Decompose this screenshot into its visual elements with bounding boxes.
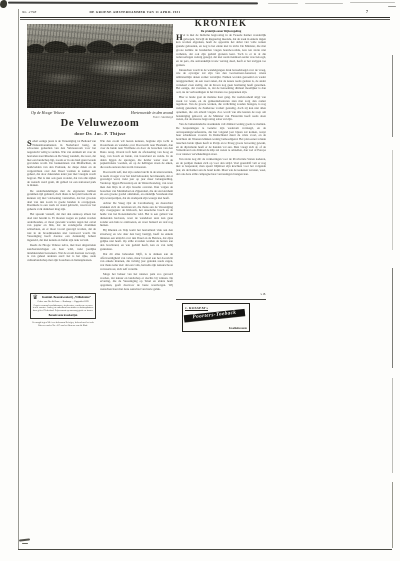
photo-grain-texture [27, 24, 173, 108]
classified-small-notice: Gevraagd tegen Mei een bekwaam Reiziger,… [30, 321, 96, 327]
kroniek-body: Het is met de Indische begrooting in de … [176, 34, 266, 291]
corner-smudge [19, 538, 30, 541]
page-border-right [392, 55, 393, 137]
torn-edge-dash [268, 3, 298, 4]
page-number: 7 [366, 9, 368, 14]
article-byline: door Dr. Jac. P. Thijsse [27, 131, 173, 136]
kroniek-subtitle: De praktijk eener Rijksregeling [176, 29, 266, 33]
photo-caption-left: Op de Hooge Veluwe [31, 110, 65, 115]
newspaper-page: No. 2798 DE GROENE AMSTERDAMMER VAN 11 A… [0, 0, 400, 561]
corner-smudge [22, 543, 28, 544]
rossem-tagline: Kwaliteitswaren [229, 327, 247, 330]
article-title: De Veluwezoom [27, 118, 173, 129]
torn-corner-mark [0, 0, 7, 8]
classified-ad-name: Koninkl. Boomkweekerij „Wilhelmina” [39, 296, 93, 299]
page-border-bottom [18, 549, 392, 550]
article-column-1: Sedert eenige jaren is de Vereeniging to… [27, 140, 96, 292]
classified-ad-box: ♛ Koninkl. Boomkweekerij „Wilhelmina” Ge… [30, 293, 96, 319]
page-border-right [392, 378, 393, 473]
page-border-right [392, 482, 393, 548]
page-border-right [392, 150, 393, 250]
kroniek-end-rule [176, 299, 266, 300]
page-border-right [392, 268, 393, 368]
kroniek-title: KRONIEK [176, 18, 266, 28]
photo-caption-right: Hertenweide in den avond [100, 110, 173, 115]
classified-ad-footer: Bezoekt onze kweekerijen [33, 314, 94, 317]
kroniek-signature: v. B. [176, 292, 266, 296]
classified-ad-subline: Gebrs. van Nes & Zoon — Boskoop — Opgeri… [33, 301, 94, 304]
torn-edge-dash [305, 3, 343, 4]
torn-edge-dash [388, 6, 396, 7]
rossem-ad-box: v. ROSSEM's Poorters-Toeback Kwaliteitsw… [182, 303, 250, 332]
article-column-2: Wie den zoom wil leeren kennen, beginne … [100, 140, 173, 333]
classified-ad-body: Groote voorraad vruchtboomen, sierheeste… [33, 305, 94, 313]
masthead: DE GROENE AMSTERDAMMER VAN 11 APRIL 1931 [20, 10, 250, 14]
torn-edge-dash [350, 2, 395, 3]
rossem-banner: Poorters-Toeback [184, 309, 245, 322]
torn-edge-line [8, 2, 258, 4]
rossem-brand: v. ROSSEM's [185, 306, 208, 311]
landscape-photo [27, 24, 173, 108]
page-border-left [18, 9, 19, 550]
